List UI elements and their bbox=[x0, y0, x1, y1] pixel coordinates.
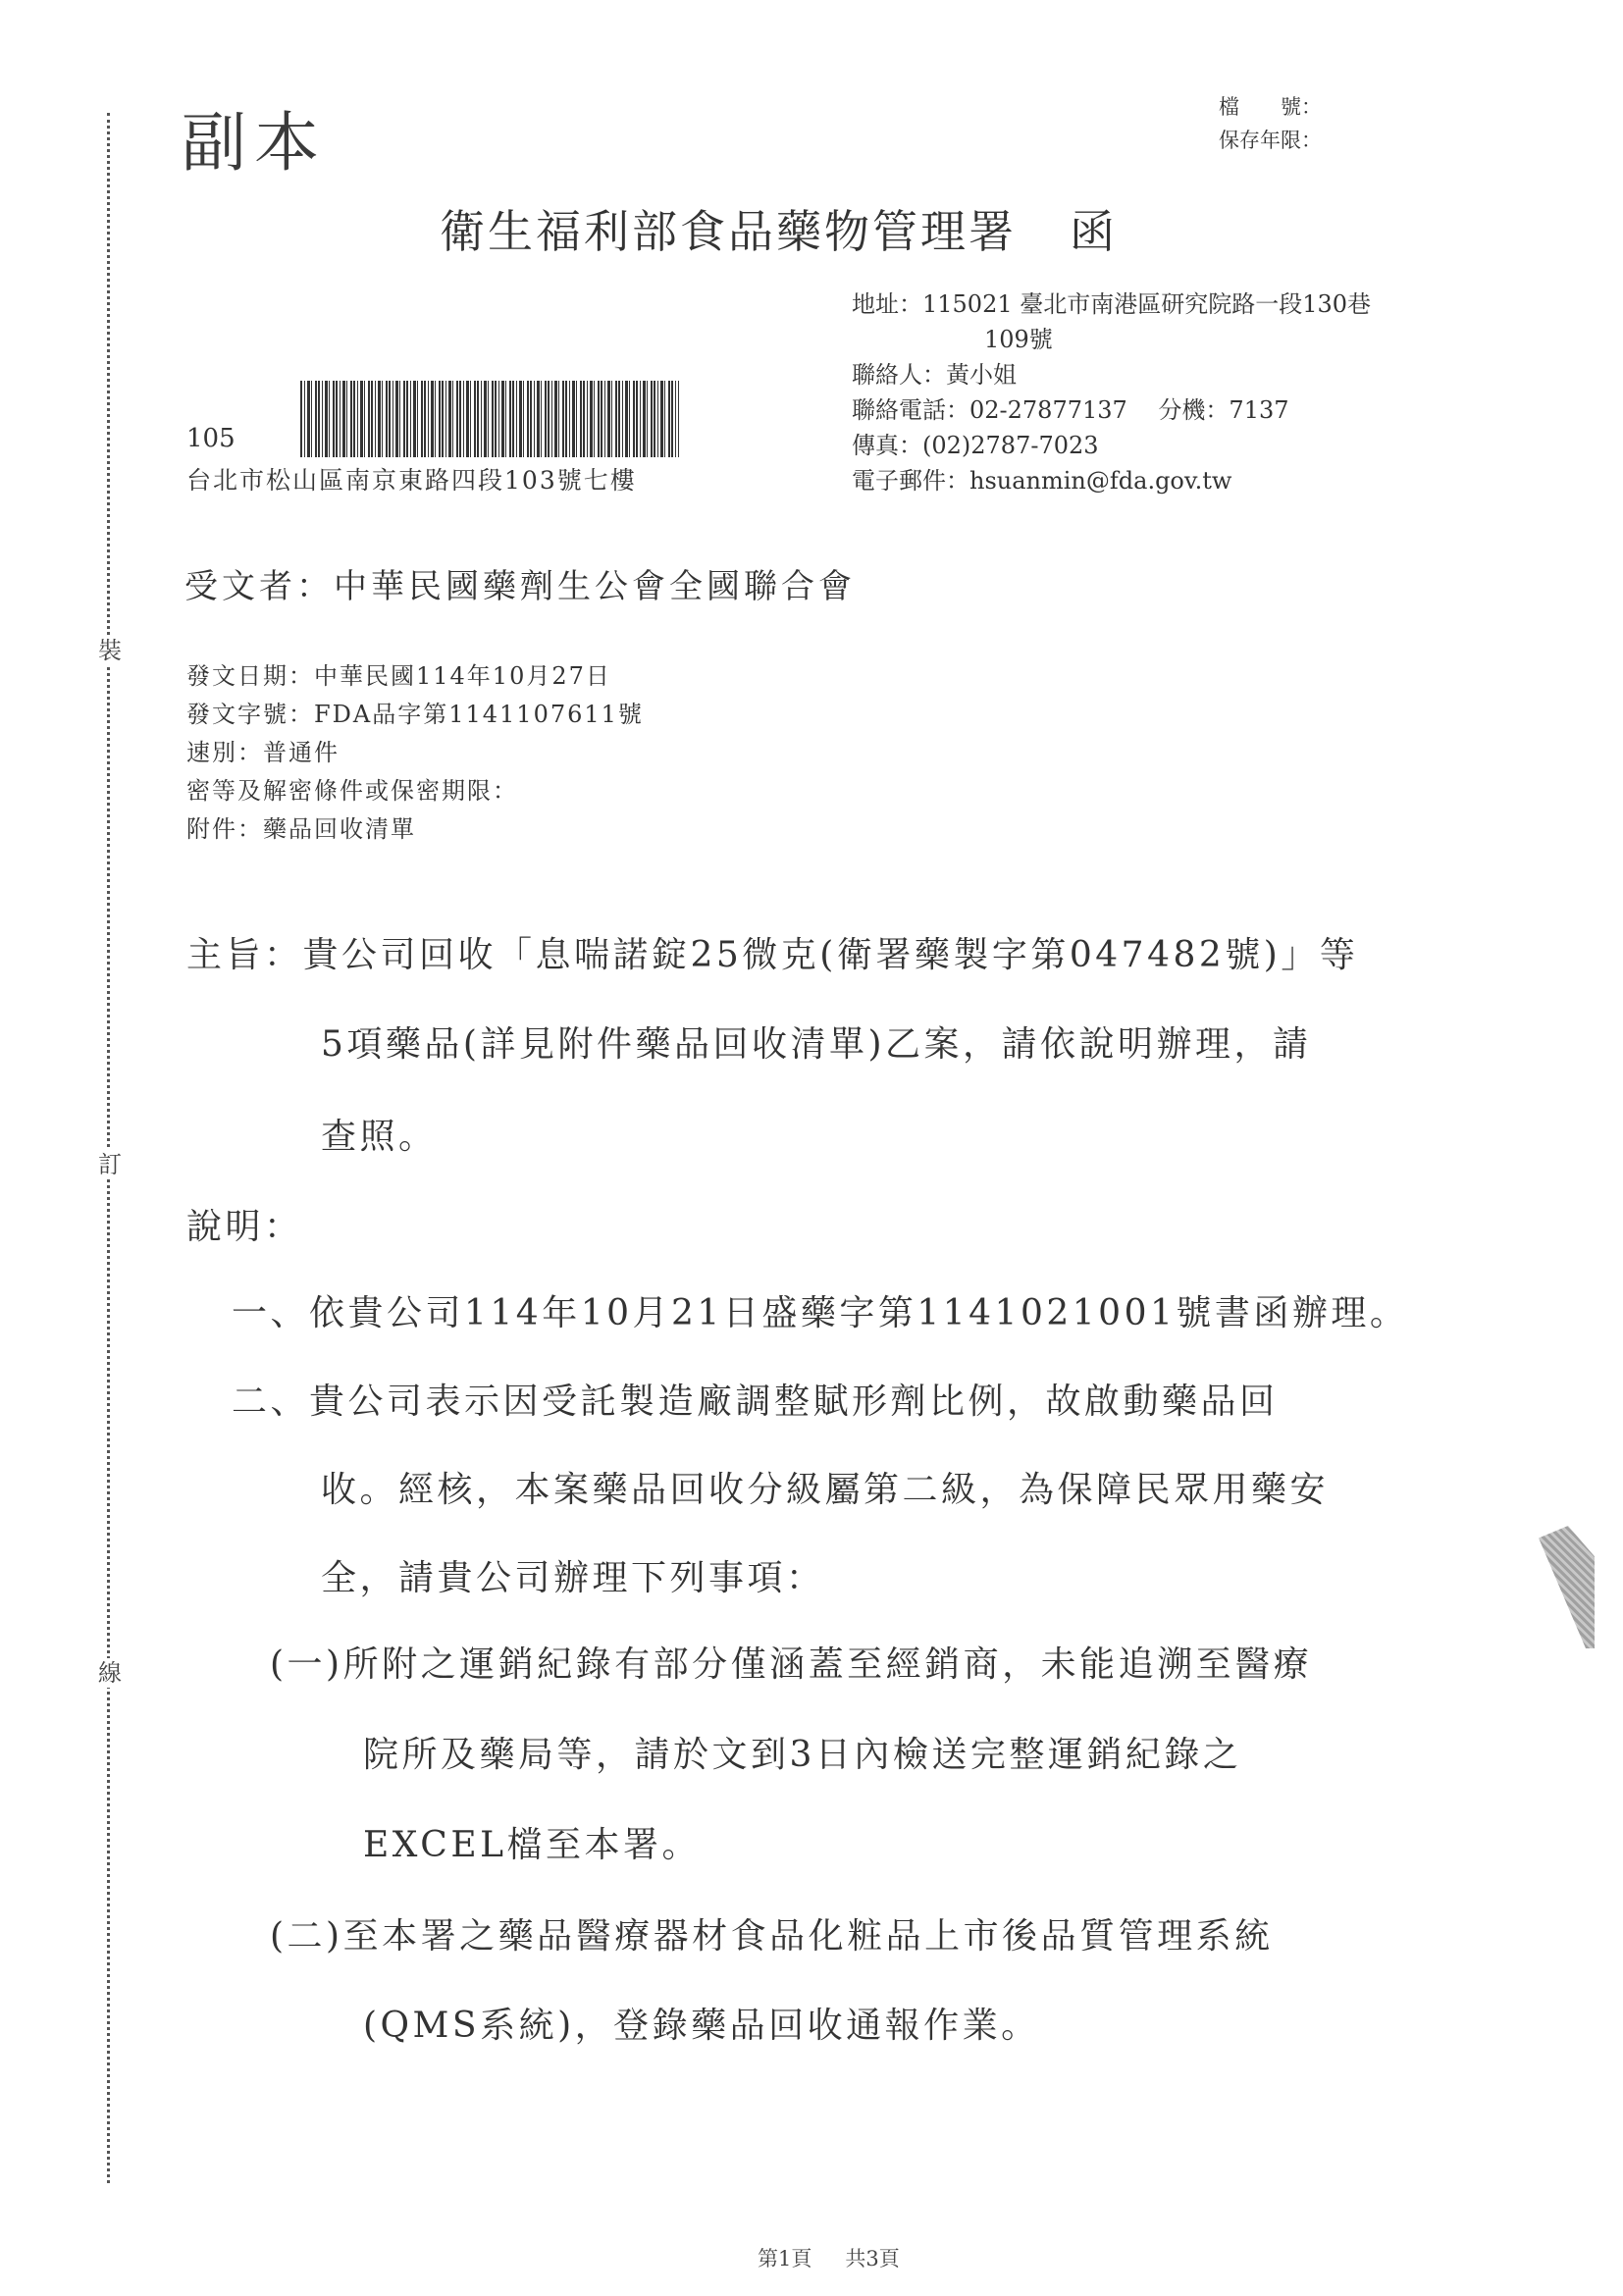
copy-mark: 副本 bbox=[182, 90, 327, 183]
sub-item-2-line-2: (QMS系統)，登錄藥品回收通報作業。 bbox=[363, 1998, 1040, 2048]
file-number-row: 檔 號： bbox=[1219, 90, 1322, 124]
agency-title: 衛生福利部食品藥物管理署函 bbox=[440, 196, 1118, 261]
seal-stamp-fragment bbox=[1536, 1526, 1595, 1648]
contact-address-line1: 地址：115021 臺北市南港區研究院路一段130巷 bbox=[852, 287, 1371, 322]
page-number: 第1頁 bbox=[758, 2247, 811, 2270]
contact-email: 電子郵件：hsuanmin@fda.gov.tw bbox=[852, 463, 1371, 498]
contact-phone: 聯絡電話：02-27877137 分機：7137 bbox=[852, 392, 1371, 428]
page-total: 共3頁 bbox=[845, 2247, 899, 2270]
issue-date: 發文日期：中華民國114年10月27日 bbox=[186, 657, 644, 696]
explanation-item-2-line-1: 二、貴公司表示因受託製造廠調整賦形劑比例，故啟動藥品回 bbox=[232, 1374, 1279, 1424]
subject-line-2: 5項藥品(詳見附件藥品回收清單)乙案，請依說明辦理，請 bbox=[321, 1017, 1312, 1067]
binding-line bbox=[107, 113, 110, 2183]
binding-mark-zhuang: 裝 bbox=[94, 636, 126, 665]
binding-mark-ding: 訂 bbox=[94, 1150, 126, 1179]
postal-code: 105 bbox=[186, 424, 236, 453]
page-footer: 第1頁共3頁 bbox=[758, 2243, 900, 2272]
sub-item-1-line-3: EXCEL檔至本署。 bbox=[363, 1817, 701, 1867]
doc-type: 函 bbox=[1070, 205, 1118, 258]
retention-label: 保存年限： bbox=[1219, 124, 1322, 157]
subject-line-3: 查照。 bbox=[321, 1109, 438, 1159]
explanation-item-2-line-3: 全，請貴公司辦理下列事項： bbox=[321, 1550, 825, 1600]
file-number-label: 檔 號： bbox=[1219, 90, 1322, 124]
attachment: 附件：藥品回收清單 bbox=[186, 810, 644, 849]
recipient: 受文者：中華民國藥劑生公會全國聯合會 bbox=[184, 559, 856, 607]
contact-address-line2: 109號 bbox=[852, 322, 1371, 357]
contact-fax: 傳真：(02)2787-7023 bbox=[852, 428, 1371, 463]
agency-name: 衛生福利部食品藥物管理署 bbox=[440, 205, 1017, 258]
explanation-item-2-line-2: 收。經核，本案藥品回收分級屬第二級，為保障民眾用藥安 bbox=[321, 1462, 1329, 1512]
retention-row: 保存年限： bbox=[1219, 124, 1322, 157]
explanation-item-1: 一、依貴公司114年10月21日盛藥字第1141021001號書函辦理。 bbox=[232, 1285, 1408, 1335]
document-meta: 發文日期：中華民國114年10月27日 發文字號：FDA品字第114110761… bbox=[186, 657, 644, 849]
binding-mark-xian: 線 bbox=[94, 1658, 126, 1688]
sub-item-2-line-1: (二)至本署之藥品醫療器材食品化粧品上市後品質管理系統 bbox=[270, 1908, 1274, 1958]
classification: 密等及解密條件或保密期限： bbox=[186, 772, 644, 810]
speed: 速別：普通件 bbox=[186, 734, 644, 772]
sub-item-1-line-1: (一)所附之運銷紀錄有部分僅涵蓋至經銷商，未能追溯至醫療 bbox=[270, 1637, 1312, 1687]
subject-line-1: 主旨：貴公司回收「息喘諾錠25微克(衛署藥製字第047482號)」等 bbox=[186, 927, 1358, 977]
contact-block: 地址：115021 臺北市南港區研究院路一段130巷 109號 聯絡人：黃小姐 … bbox=[852, 287, 1371, 498]
file-meta: 檔 號： 保存年限： bbox=[1219, 90, 1322, 157]
issue-number: 發文字號：FDA品字第1141107611號 bbox=[186, 696, 644, 734]
barcode bbox=[300, 381, 679, 457]
mailing-address: 台北市松山區南京東路四段103號七樓 bbox=[186, 461, 637, 496]
contact-person: 聯絡人：黃小姐 bbox=[852, 357, 1371, 392]
sub-item-1-line-2: 院所及藥局等，請於文到3日內檢送完整運銷紀錄之 bbox=[363, 1727, 1241, 1777]
explanation-heading: 說明： bbox=[186, 1199, 303, 1249]
